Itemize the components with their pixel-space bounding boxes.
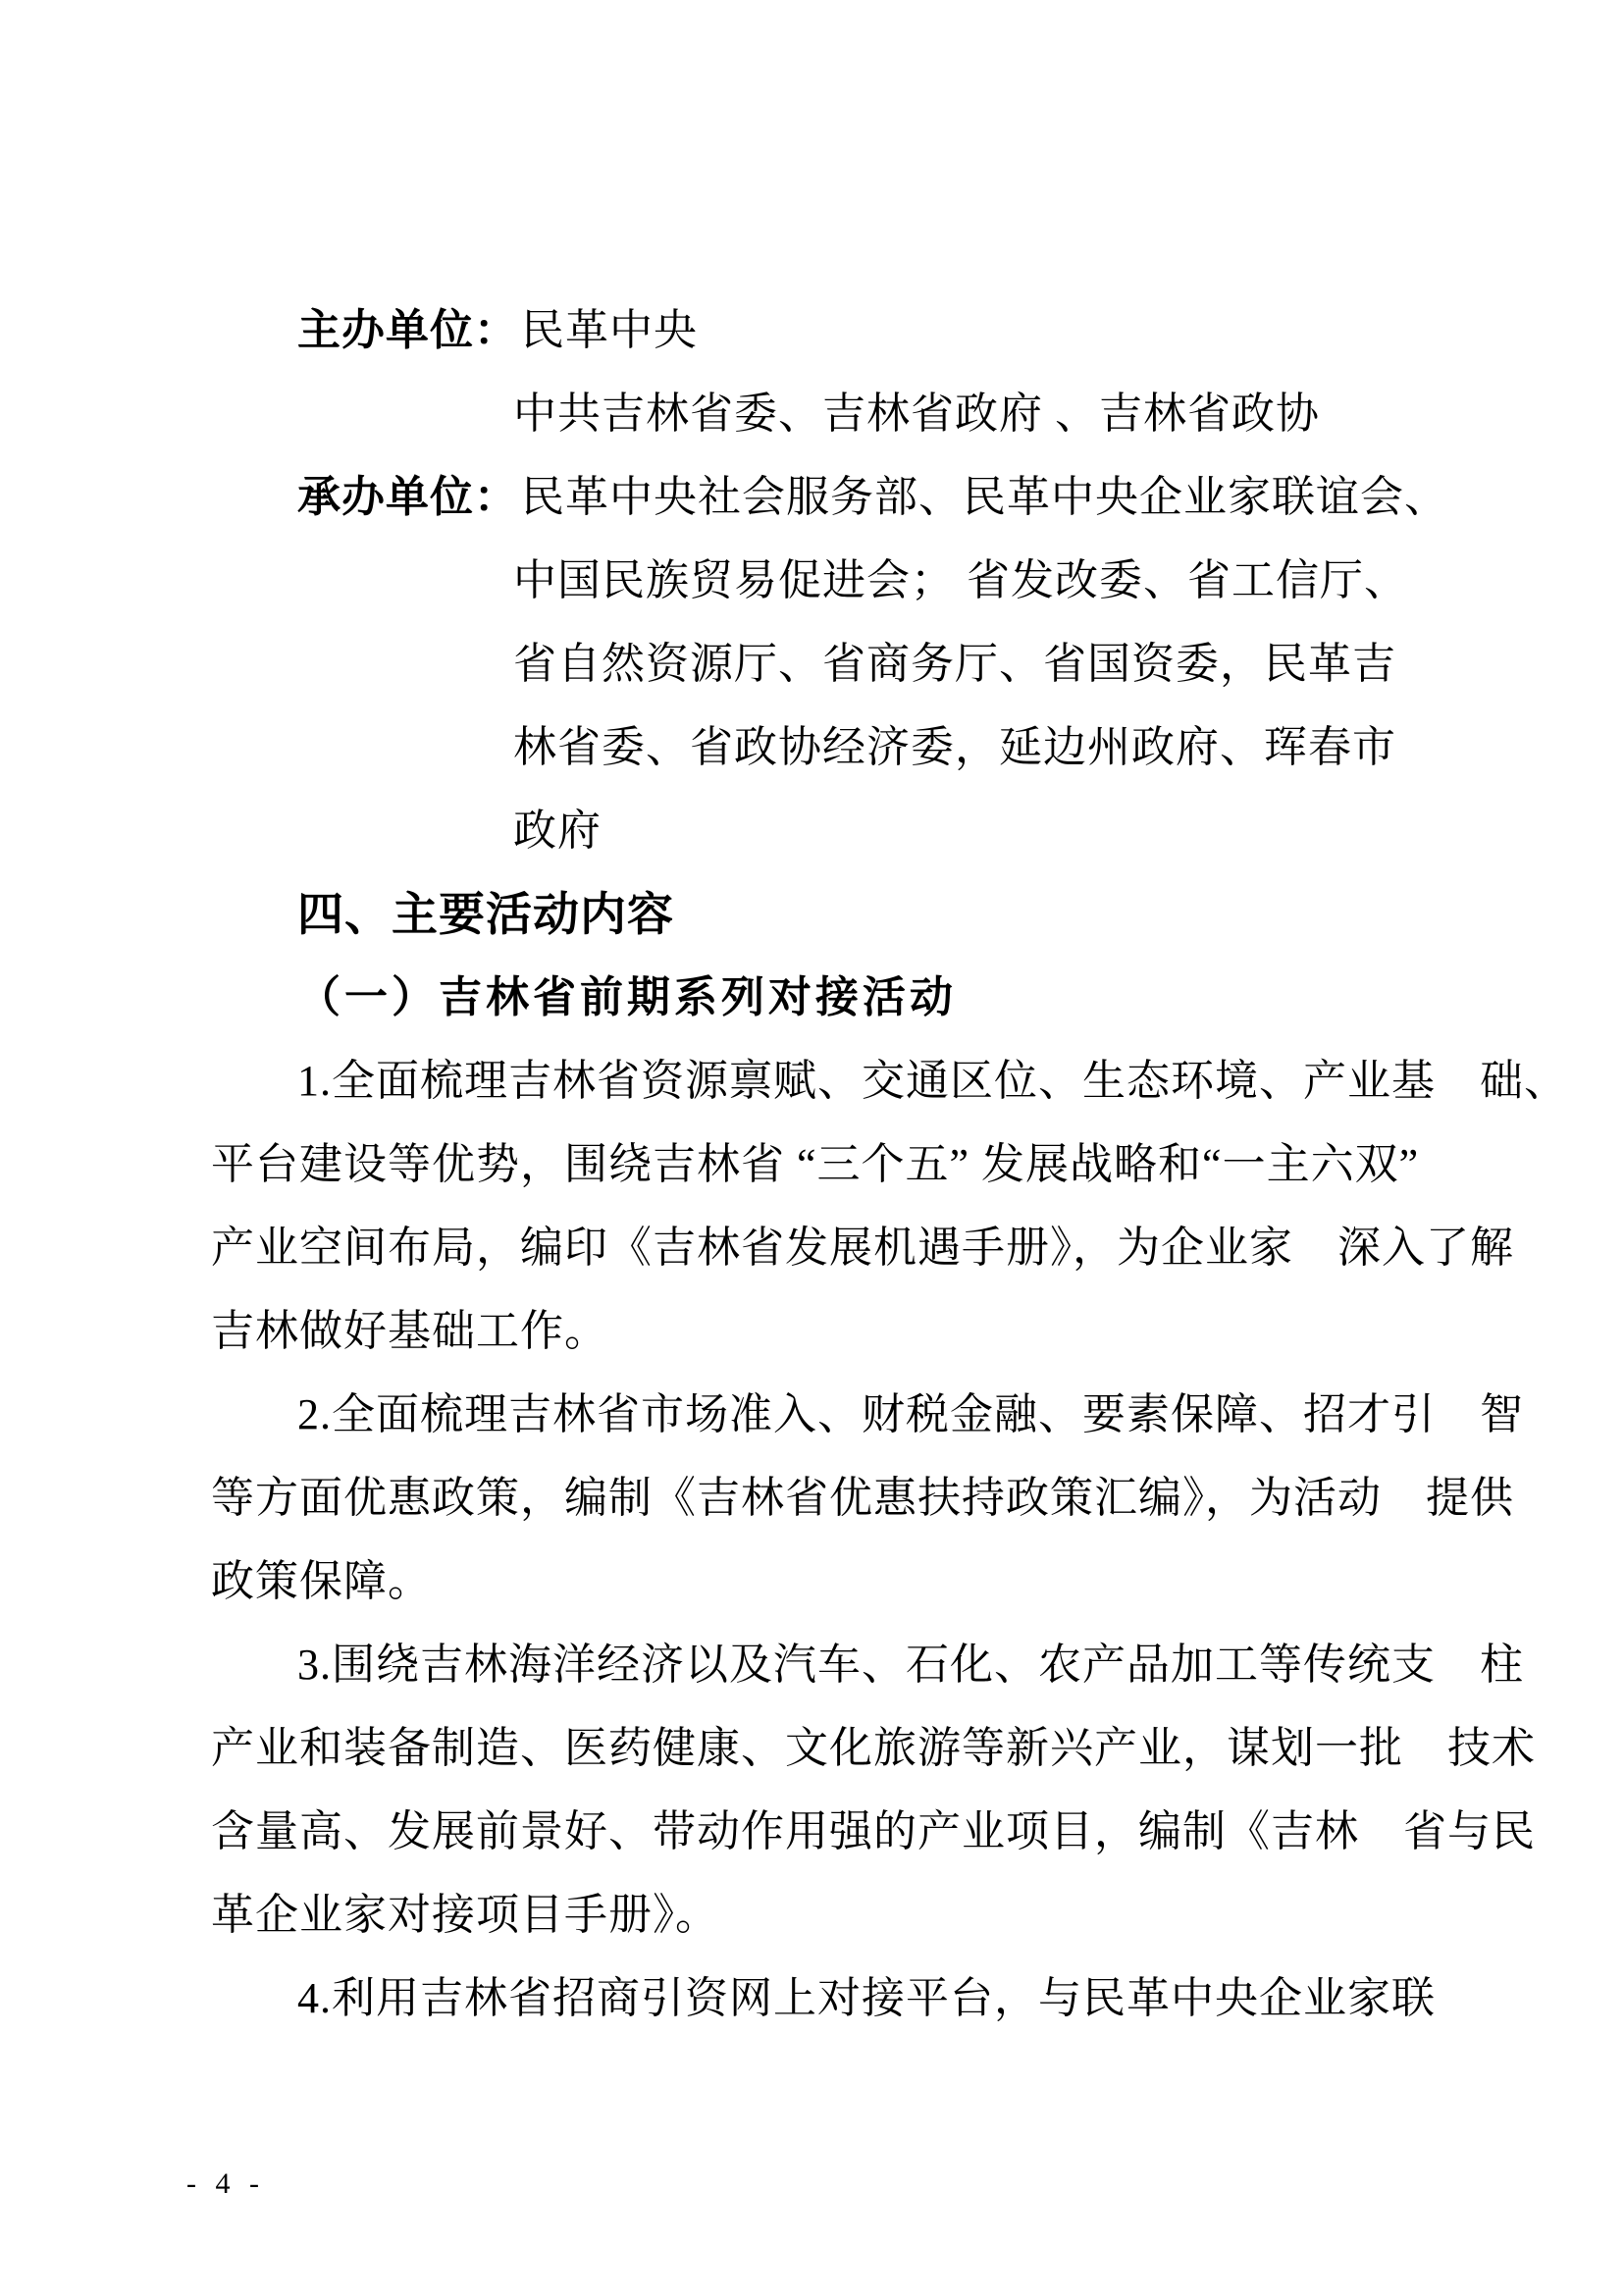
undertaker-continuation-1: 中国民族贸易促进会； 省发改委、省工信厅、 [211,539,1472,622]
host-unit-line: 主办单位：民革中央 [211,288,1472,372]
paragraph-1-line-2: 平台建设等优势，围绕吉林省 “三个五” 发展战略和“一主六双” [211,1122,1472,1206]
paragraph-2-line-3: 政策保障。 [211,1539,1472,1623]
paragraph-1-line-3: 产业空间布局，编印《吉林省发展机遇手册》，为企业家 深入了解 [211,1206,1472,1289]
paragraph-2-line-2: 等方面优惠政策，编制《吉林省优惠扶持政策汇编》，为活动 提供 [211,1456,1472,1539]
undertaker-unit-value: 民革中央社会服务部、民革中央企业家联谊会、 [521,473,1448,521]
section-subheading: （一）吉林省前期系列对接活动 [211,956,1472,1039]
paragraph-1-line-1: 1.全面梳理吉林省资源禀赋、交通区位、生态环境、产业基 础、 [211,1039,1472,1122]
undertaker-unit-line: 承办单位：民革中央社会服务部、民革中央企业家联谊会、 [211,455,1472,539]
paragraph-3-line-4: 革企业家对接项目手册》。 [211,1873,1472,1956]
paragraph-3-line-1: 3.围绕吉林海洋经济以及汽车、石化、农产品加工等传统支 柱 [211,1623,1472,1706]
paragraph-1-line-4: 吉林做好基础工作。 [211,1289,1472,1373]
host-unit-label: 主办单位： [297,288,521,372]
document-body: 主办单位：民革中央 中共吉林省委、吉林省政府 、吉林省政协 承办单位：民革中央社… [211,288,1472,2040]
paragraph-3-line-3: 含量高、发展前景好、带动作用强的产业项目，编制《吉林 省与民 [211,1790,1472,1873]
page-number: - 4 - [186,2157,265,2212]
paragraph-3-line-2: 产业和装备制造、医药健康、文化旅游等新兴产业，谋划一批 技术 [211,1706,1472,1790]
section-heading: 四、主要活动内容 [211,872,1472,956]
undertaker-continuation-2: 省自然资源厅、省商务厅、省国资委，民革吉 [211,622,1472,705]
undertaker-unit-label: 承办单位： [297,455,521,539]
host-unit-value: 民革中央 [521,306,698,354]
paragraph-2-line-1: 2.全面梳理吉林省市场准入、财税金融、要素保障、招才引 智 [211,1373,1472,1456]
undertaker-continuation-4: 政府 [211,789,1472,872]
document-page: 主办单位：民革中央 中共吉林省委、吉林省政府 、吉林省政协 承办单位：民革中央社… [0,0,1624,2295]
undertaker-continuation-3: 林省委、省政协经济委，延边州政府、珲春市 [211,705,1472,789]
host-unit-continuation: 中共吉林省委、吉林省政府 、吉林省政协 [211,372,1472,455]
paragraph-4-line-1: 4.利用吉林省招商引资网上对接平台，与民革中央企业家联 [211,1956,1472,2040]
